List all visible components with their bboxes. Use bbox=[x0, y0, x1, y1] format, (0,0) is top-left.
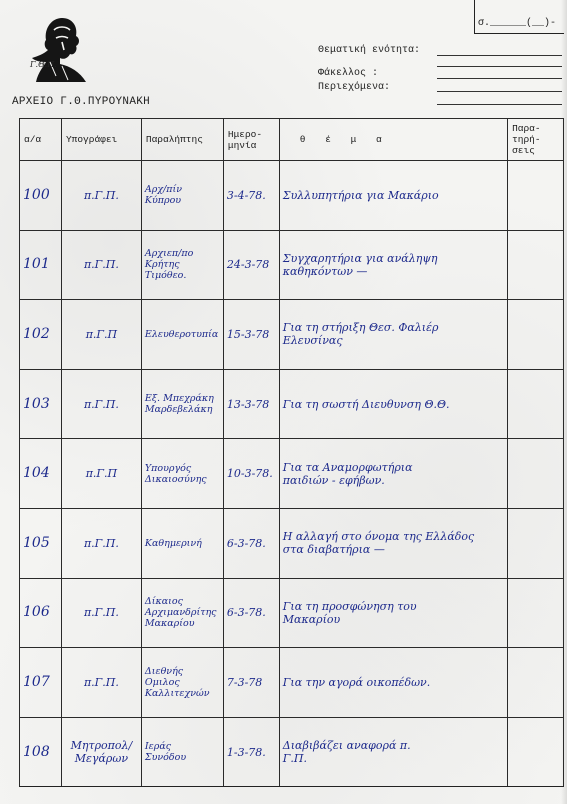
cell-signer: π.Γ.Π. bbox=[61, 578, 141, 648]
handwritten-text: Για τη προσφώνηση του bbox=[283, 600, 504, 613]
thematic-unit-line[interactable] bbox=[437, 55, 562, 56]
table-row: 106π.Γ.Π.ΔίκαιοςΑρχιμανδρίτηςΜακαρίου6-3… bbox=[20, 578, 564, 648]
cell-date: 6-3-78. bbox=[223, 578, 279, 648]
cell-notes bbox=[508, 300, 564, 370]
handwritten-text: Μακαρίου bbox=[283, 613, 504, 626]
handwritten-text: καθηκόντων — bbox=[283, 265, 504, 278]
cell-aa: 104 bbox=[20, 439, 62, 509]
handwritten-text: 106 bbox=[23, 606, 58, 619]
table-row: 107π.Γ.Π.ΔιεθνήςΟμιλοςΚαλλιτεχνών7-3-78Γ… bbox=[20, 648, 564, 718]
cell-signer: π.Γ.Π. bbox=[61, 230, 141, 300]
table-row: 103π.Γ.Π.Εξ. ΜπεχράκηΜαρδεβελάκη13-3-78Γ… bbox=[20, 369, 564, 439]
col-header-recipient: Παραλήπτης bbox=[141, 119, 223, 161]
cell-aa: 103 bbox=[20, 369, 62, 439]
handwritten-text: 104 bbox=[23, 467, 58, 480]
handwritten-text: 103 bbox=[23, 398, 58, 411]
cell-aa: 105 bbox=[20, 508, 62, 578]
col-header-theme: θ έ μ α bbox=[279, 119, 507, 161]
handwritten-text: στα διαβατήρια — bbox=[283, 543, 504, 556]
handwritten-text: 105 bbox=[23, 537, 58, 550]
correspondence-table: α/α Υπογράφει Παραλήπτης Ημερο- μηνία θ … bbox=[19, 118, 564, 787]
handwritten-text: π.Γ.Π. bbox=[65, 258, 138, 271]
handwritten-text: παιδιών - εφήβων. bbox=[283, 474, 504, 487]
cell-date: 13-3-78 bbox=[223, 369, 279, 439]
cell-signer: π.Γ.Π. bbox=[61, 508, 141, 578]
table-row: 105π.Γ.Π.Καθημερινή6-3-78.Η αλλαγή στο ό… bbox=[20, 508, 564, 578]
handwritten-text: 10-3-78. bbox=[227, 467, 276, 480]
handwritten-text: 1-3-78. bbox=[227, 746, 276, 759]
cell-date: 10-3-78. bbox=[223, 439, 279, 509]
handwritten-text: Ελευθεροτυπία bbox=[145, 329, 220, 340]
handwritten-text: π.Γ.Π. bbox=[65, 189, 138, 202]
cell-signer: π.Γ.Π bbox=[61, 300, 141, 370]
cell-notes bbox=[508, 508, 564, 578]
handwritten-text: 7-3-78 bbox=[227, 676, 276, 689]
handwritten-text: Ιεράς bbox=[145, 741, 220, 752]
handwritten-text: π.Γ.Π bbox=[65, 467, 138, 480]
contents-line-2[interactable] bbox=[437, 104, 562, 105]
cell-recipient: ΔιεθνήςΟμιλοςΚαλλιτεχνών bbox=[141, 648, 223, 718]
cell-date: 24-3-78 bbox=[223, 230, 279, 300]
portrait-sketch-icon bbox=[26, 10, 94, 82]
handwritten-text: Εξ. Μπεχράκη bbox=[145, 393, 220, 404]
cell-recipient: Αρχ/πίνΚύπρου bbox=[141, 161, 223, 231]
handwritten-text: 101 bbox=[23, 258, 58, 271]
table-row: 104π.Γ.ΠΥπουργόςΔικαιοσύνης10-3-78.Για τ… bbox=[20, 439, 564, 509]
cell-theme: Συγχαρητήρια για ανάληψηκαθηκόντων — bbox=[279, 230, 507, 300]
thematic-unit-label: Θεματική ενότητα: bbox=[318, 45, 420, 56]
handwritten-text: Μεγάρων bbox=[65, 752, 138, 765]
handwritten-text: π.Γ.Π. bbox=[65, 398, 138, 411]
handwritten-text: Υπουργός bbox=[145, 463, 220, 474]
handwritten-text: Συνόδου bbox=[145, 752, 220, 763]
handwritten-text: Μαρδεβελάκη bbox=[145, 404, 220, 415]
handwritten-text: Για τη στήριξη Θεσ. Φαλιέρ bbox=[283, 321, 504, 334]
handwritten-text: Η αλλαγή στο όνομα της Ελλάδος bbox=[283, 530, 504, 543]
table-row: 108Μητροπολ/ΜεγάρωνΙεράςΣυνόδου1-3-78.Δι… bbox=[20, 717, 564, 787]
cell-theme: Για τη στήριξη Θεσ. ΦαλιέρΕλευσίνας bbox=[279, 300, 507, 370]
cell-recipient: ΔίκαιοςΑρχιμανδρίτηςΜακαρίου bbox=[141, 578, 223, 648]
cell-notes bbox=[508, 230, 564, 300]
col-header-notes: Παρα- τηρή- σεις bbox=[508, 119, 564, 161]
cell-recipient: ΙεράςΣυνόδου bbox=[141, 717, 223, 787]
handwritten-text: Για τη σωστή Διευθυνση Θ.Θ. bbox=[283, 398, 504, 411]
handwritten-text: Ελευσίνας bbox=[283, 334, 504, 347]
cell-date: 6-3-78. bbox=[223, 508, 279, 578]
handwritten-text: π.Γ.Π. bbox=[65, 676, 138, 689]
table-row: 101π.Γ.Π.Αρχιεπ/ποΚρήτηςΤιμόθεο.24-3-78Σ… bbox=[20, 230, 564, 300]
handwritten-text: Καλλιτεχνών bbox=[145, 688, 220, 699]
cell-date: 3-4-78. bbox=[223, 161, 279, 231]
cell-notes bbox=[508, 439, 564, 509]
cell-notes bbox=[508, 369, 564, 439]
cell-recipient: Καθημερινή bbox=[141, 508, 223, 578]
cell-theme: Για τη σωστή Διευθυνση Θ.Θ. bbox=[279, 369, 507, 439]
handwritten-text: Για τα Αναμορφωτήρια bbox=[283, 461, 504, 474]
handwritten-text: 102 bbox=[23, 328, 58, 341]
handwritten-text: π.Γ.Π. bbox=[65, 606, 138, 619]
handwritten-text: 107 bbox=[23, 676, 58, 689]
handwritten-text: Αρχ/πίν bbox=[145, 184, 220, 195]
col-header-date: Ημερο- μηνία bbox=[223, 119, 279, 161]
handwritten-text: π.Γ.Π. bbox=[65, 537, 138, 550]
cell-theme: Για τη προσφώνηση τουΜακαρίου bbox=[279, 578, 507, 648]
handwritten-text: Ομιλος bbox=[145, 677, 220, 688]
handwritten-text: 6-3-78. bbox=[227, 606, 276, 619]
handwritten-text: Συγχαρητήρια για ανάληψη bbox=[283, 252, 504, 265]
handwritten-text: Καθημερινή bbox=[145, 538, 220, 549]
handwritten-text: 24-3-78 bbox=[227, 258, 276, 271]
handwritten-text: Γ.Π. bbox=[283, 752, 504, 765]
table-row: 102π.Γ.ΠΕλευθεροτυπία15-3-78Για τη στήρι… bbox=[20, 300, 564, 370]
cell-theme: Συλλυπητήρια για Μακάριο bbox=[279, 161, 507, 231]
handwritten-text: Δικαιοσύνης bbox=[145, 474, 220, 485]
handwritten-text: 100 bbox=[23, 189, 58, 202]
handwritten-text: Μακαρίου bbox=[145, 618, 220, 629]
folder-line[interactable] bbox=[437, 78, 562, 79]
handwritten-text: Για την αγορά οικοπέδων. bbox=[283, 676, 504, 689]
cell-theme: Διαβιβάζει αναφορά π.Γ.Π. bbox=[279, 717, 507, 787]
handwritten-text: Κρήτης bbox=[145, 259, 220, 270]
cell-theme: Για την αγορά οικοπέδων. bbox=[279, 648, 507, 718]
handwritten-text: Κύπρου bbox=[145, 195, 220, 206]
cell-signer: π.Γ.Π. bbox=[61, 369, 141, 439]
cell-date: 1-3-78. bbox=[223, 717, 279, 787]
cell-aa: 101 bbox=[20, 230, 62, 300]
cell-signer: Μητροπολ/Μεγάρων bbox=[61, 717, 141, 787]
cell-recipient: Ελευθεροτυπία bbox=[141, 300, 223, 370]
cell-recipient: Αρχιεπ/ποΚρήτηςΤιμόθεο. bbox=[141, 230, 223, 300]
thematic-unit-line-2[interactable] bbox=[437, 66, 562, 67]
cell-aa: 107 bbox=[20, 648, 62, 718]
table-row: 100π.Γ.Π.Αρχ/πίνΚύπρου3-4-78.Συλλυπητήρι… bbox=[20, 161, 564, 231]
contents-label: Περιεχόμενα: bbox=[318, 82, 390, 93]
handwritten-text: 6-3-78. bbox=[227, 537, 276, 550]
cell-signer: π.Γ.Π bbox=[61, 439, 141, 509]
cell-theme: Η αλλαγή στο όνομα της Ελλάδοςστα διαβατ… bbox=[279, 508, 507, 578]
col-header-aa: α/α bbox=[20, 119, 62, 161]
handwritten-text: Αρχιμανδρίτης bbox=[145, 607, 220, 618]
handwritten-text: 13-3-78 bbox=[227, 398, 276, 411]
handwritten-text: 3-4-78. bbox=[227, 189, 276, 202]
cell-notes bbox=[508, 578, 564, 648]
handwritten-text: π.Γ.Π bbox=[65, 328, 138, 341]
archive-title: ΑΡΧΕΙΟ Γ.Θ.ΠΥΡΟΥΝΑΚΗ bbox=[12, 96, 150, 108]
cell-date: 15-3-78 bbox=[223, 300, 279, 370]
handwritten-text: Αρχιεπ/πο bbox=[145, 248, 220, 259]
handwritten-text: Συλλυπητήρια για Μακάριο bbox=[283, 189, 504, 202]
handwritten-text: Διαβιβάζει αναφορά π. bbox=[283, 739, 504, 752]
handwritten-text: Διεθνής bbox=[145, 666, 220, 677]
cell-signer: π.Γ.Π. bbox=[61, 161, 141, 231]
reference-label: σ.______(__)- bbox=[478, 18, 556, 29]
col-header-signer: Υπογράφει bbox=[61, 119, 141, 161]
cell-aa: 102 bbox=[20, 300, 62, 370]
folder-label: Φάκελλος : bbox=[318, 68, 378, 79]
cell-notes bbox=[508, 717, 564, 787]
handwritten-text: 15-3-78 bbox=[227, 328, 276, 341]
handwritten-text: Τιμόθεο. bbox=[145, 270, 220, 281]
handwritten-text: Δίκαιος bbox=[145, 596, 220, 607]
cell-notes bbox=[508, 648, 564, 718]
cell-aa: 108 bbox=[20, 717, 62, 787]
table-header-row: α/α Υπογράφει Παραλήπτης Ημερο- μηνία θ … bbox=[20, 119, 564, 161]
logo-signature: Γ.Θ.Π. bbox=[30, 60, 57, 69]
cell-notes bbox=[508, 161, 564, 231]
cell-signer: π.Γ.Π. bbox=[61, 648, 141, 718]
cell-recipient: Εξ. ΜπεχράκηΜαρδεβελάκη bbox=[141, 369, 223, 439]
handwritten-text: 108 bbox=[23, 746, 58, 759]
contents-line[interactable] bbox=[437, 91, 562, 92]
cell-date: 7-3-78 bbox=[223, 648, 279, 718]
cell-theme: Για τα Αναμορφωτήριαπαιδιών - εφήβων. bbox=[279, 439, 507, 509]
handwritten-text: Μητροπολ/ bbox=[65, 739, 138, 752]
cell-recipient: ΥπουργόςΔικαιοσύνης bbox=[141, 439, 223, 509]
cell-aa: 100 bbox=[20, 161, 62, 231]
cell-aa: 106 bbox=[20, 578, 62, 648]
